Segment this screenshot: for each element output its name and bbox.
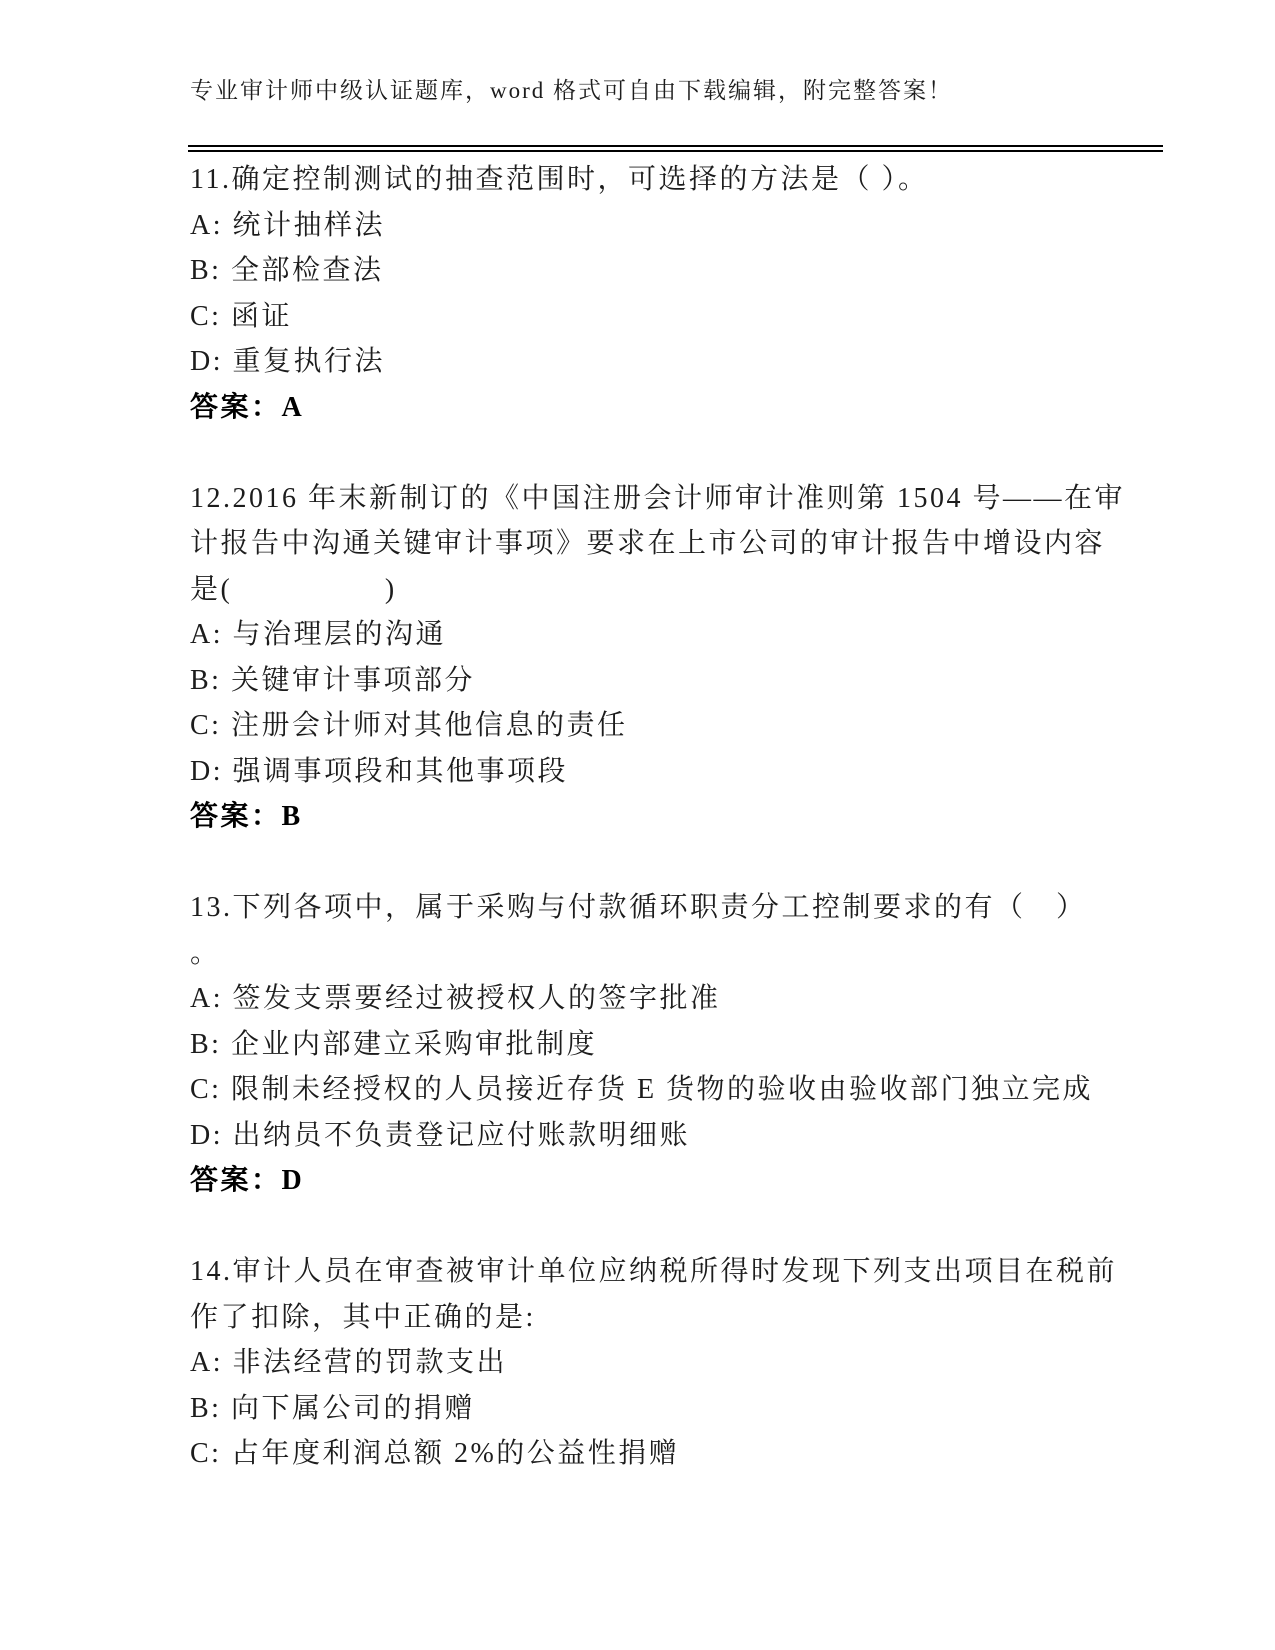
question-13-text-line-2: 。 — [190, 931, 1190, 977]
question-11-option-a: A: 统计抽样法 — [190, 203, 1190, 249]
question-13-text-line-1: 13.下列各项中，属于采购与付款循环职责分工控制要求的有（ ） — [190, 885, 1190, 931]
question-12-text-line-2: 计报告中沟通关键审计事项》要求在上市公司的审计报告中增设内容 — [190, 521, 1190, 567]
question-13-option-d: D: 出纳员不负责登记应付账款明细账 — [190, 1113, 1190, 1159]
question-11-answer: 答案：A — [190, 385, 1190, 431]
question-13-option-c: C: 限制未经授权的人员接近存货 E 货物的验收由验收部门独立完成 — [190, 1067, 1190, 1113]
document-header-text: 专业审计师中级认证题库，word 格式可自由下载编辑，附完整答案！ — [190, 76, 953, 106]
question-11: 11.确定控制测试的抽查范围时，可选择的方法是（ ）。 A: 统计抽样法 B: … — [190, 157, 1190, 430]
question-14-text-line-2: 作了扣除，其中正确的是: — [190, 1295, 1190, 1341]
question-11-option-b: B: 全部检查法 — [190, 248, 1190, 294]
question-12-option-c: C: 注册会计师对其他信息的责任 — [190, 703, 1190, 749]
question-12-option-a: A: 与治理层的沟通 — [190, 612, 1190, 658]
document-body: 11.确定控制测试的抽查范围时，可选择的方法是（ ）。 A: 统计抽样法 B: … — [190, 157, 1190, 1477]
question-14: 14.审计人员在审查被审计单位应纳税所得时发现下列支出项目在税前 作了扣除，其中… — [190, 1249, 1190, 1477]
question-14-option-c: C: 占年度利润总额 2%的公益性捐赠 — [190, 1431, 1190, 1477]
question-12-answer: 答案：B — [190, 794, 1190, 840]
document-page: 专业审计师中级认证题库，word 格式可自由下载编辑，附完整答案！ 11.确定控… — [0, 0, 1275, 1650]
header-divider — [188, 145, 1163, 152]
question-12-option-b: B: 关键审计事项部分 — [190, 658, 1190, 704]
question-11-option-d: D: 重复执行法 — [190, 339, 1190, 385]
question-12-text-line-3: 是( ) — [190, 567, 1190, 613]
question-14-option-b: B: 向下属公司的捐赠 — [190, 1386, 1190, 1432]
question-14-option-a: A: 非法经营的罚款支出 — [190, 1340, 1190, 1386]
question-13-option-b: B: 企业内部建立采购审批制度 — [190, 1022, 1190, 1068]
question-13: 13.下列各项中，属于采购与付款循环职责分工控制要求的有（ ） 。 A: 签发支… — [190, 885, 1190, 1204]
question-12-option-d: D: 强调事项段和其他事项段 — [190, 749, 1190, 795]
question-14-text-line-1: 14.审计人员在审查被审计单位应纳税所得时发现下列支出项目在税前 — [190, 1249, 1190, 1295]
question-11-option-c: C: 函证 — [190, 294, 1190, 340]
question-12-text-line-1: 12.2016 年末新制订的《中国注册会计师审计准则第 1504 号——在审 — [190, 476, 1190, 522]
question-11-text: 11.确定控制测试的抽查范围时，可选择的方法是（ ）。 — [190, 157, 1190, 203]
question-13-answer: 答案：D — [190, 1158, 1190, 1204]
question-12: 12.2016 年末新制订的《中国注册会计师审计准则第 1504 号——在审 计… — [190, 476, 1190, 840]
question-13-option-a: A: 签发支票要经过被授权人的签字批准 — [190, 976, 1190, 1022]
